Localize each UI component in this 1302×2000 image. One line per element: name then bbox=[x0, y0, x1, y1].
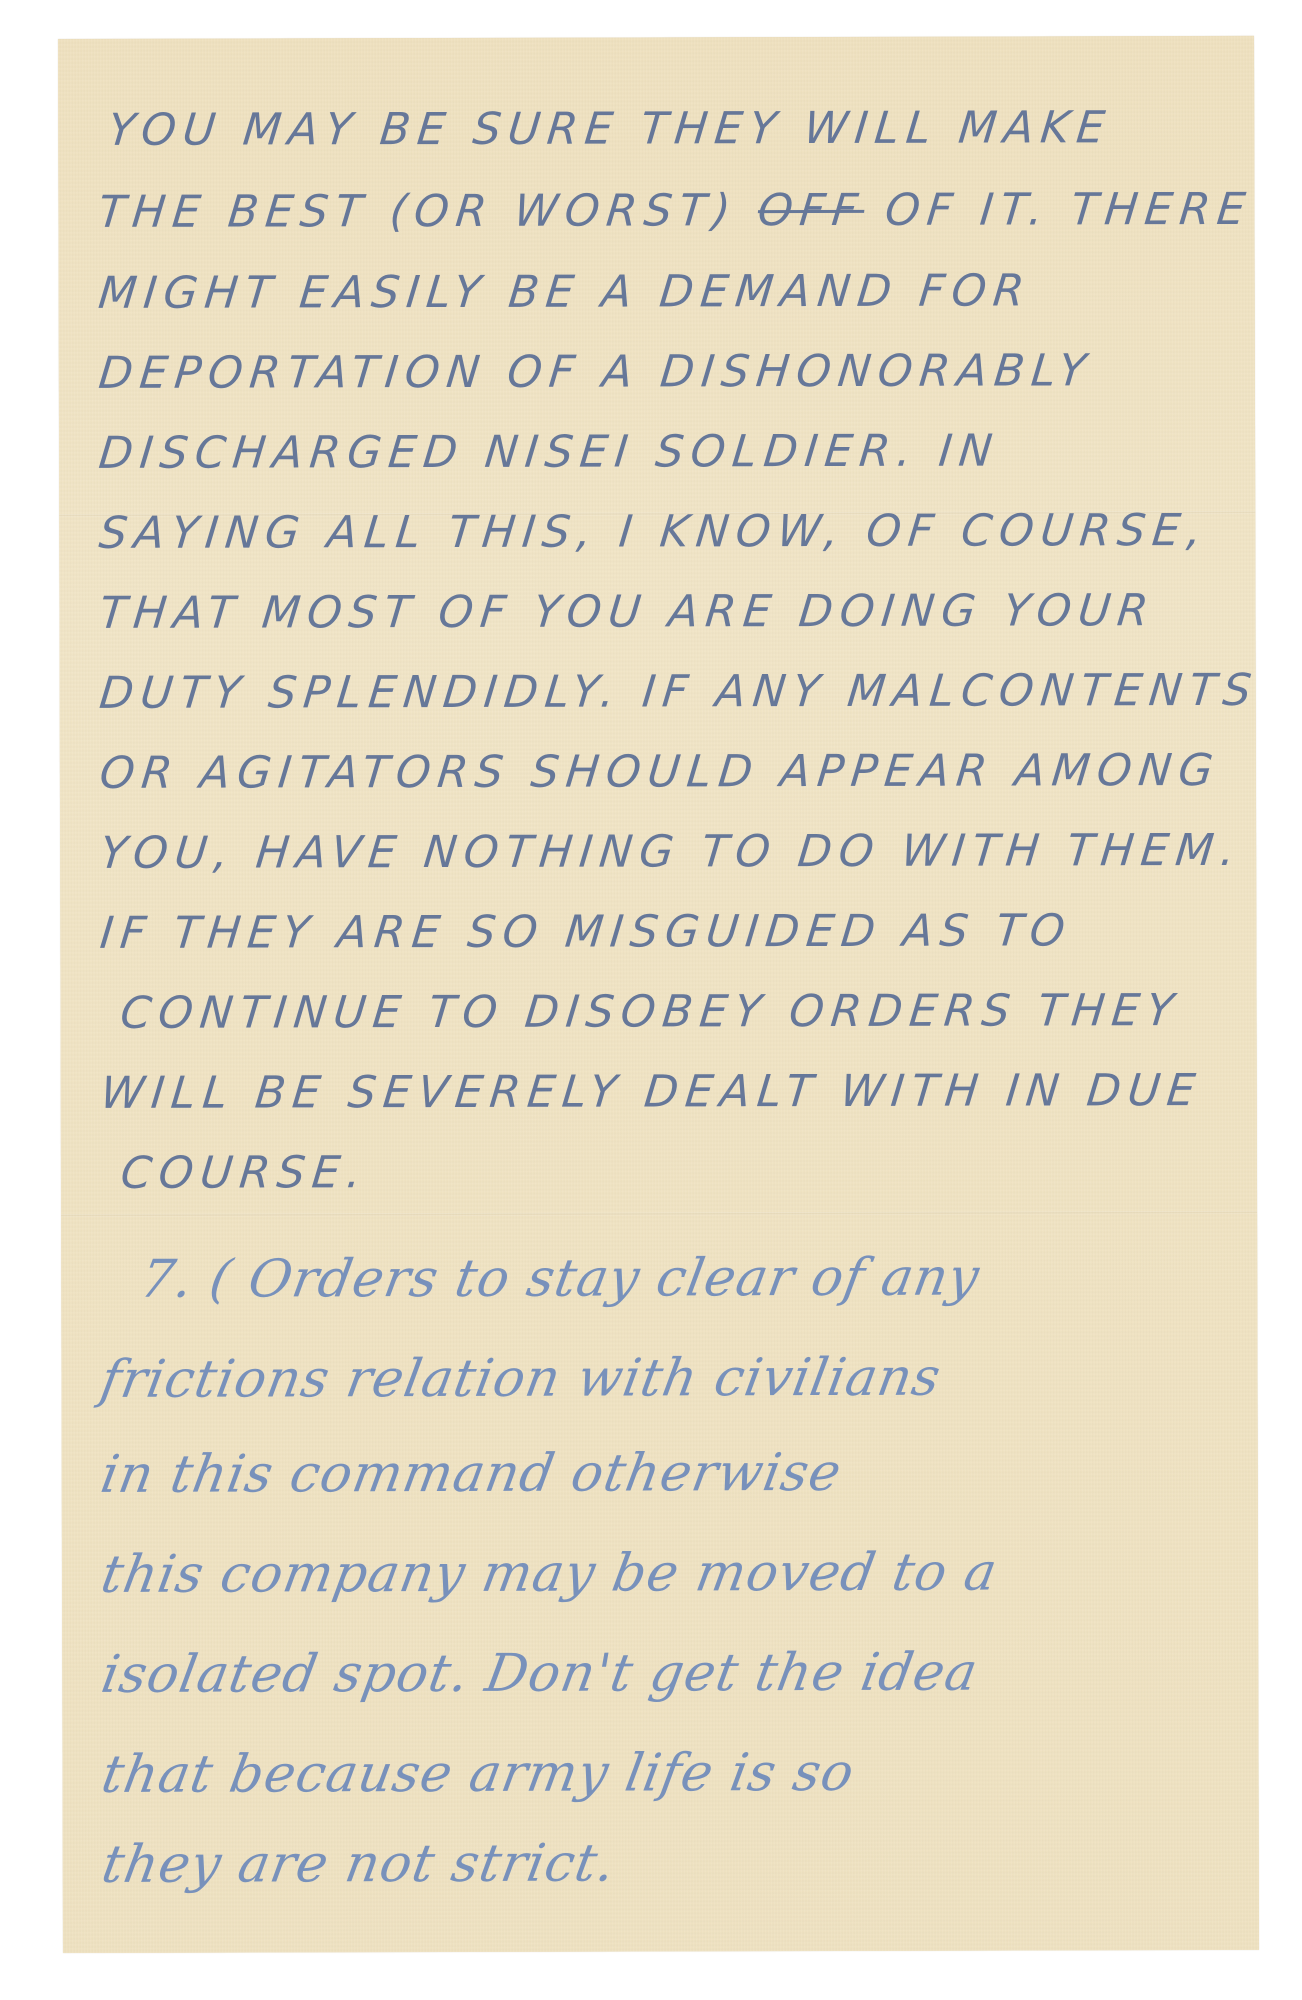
printed-line-3: MIGHT EASILY BE A DEMAND FOR bbox=[96, 269, 1033, 315]
printed-line-4: DEPORTATION OF A DISHONORABLY bbox=[97, 349, 1095, 396]
printed-line-13: WILL BE SEVERELY DEALT WITH IN DUE bbox=[99, 1069, 1205, 1116]
cursive-line-2: frictions relation with civilians bbox=[97, 1352, 945, 1406]
cursive-line-4: this company may be moved to a bbox=[98, 1547, 1002, 1601]
printed-line-5: DISCHARGED NISEI SOLDIER. IN bbox=[97, 430, 1001, 476]
printed-line-9: OR AGITATORS SHOULD APPEAR AMONG bbox=[98, 749, 1222, 796]
cursive-line-7: they are not strict. bbox=[98, 1838, 619, 1891]
printed-text: THE BEST (OR WORST) bbox=[96, 185, 761, 238]
printed-text: OF IT. THERE bbox=[862, 184, 1255, 236]
printed-line-7: THAT MOST OF YOU ARE DOING YOUR bbox=[97, 589, 1157, 636]
printed-line-11: IF THEY ARE SO MISGUIDED AS TO bbox=[98, 909, 1074, 956]
printed-line-10: YOU, HAVE NOTHING TO DO WITH THEM. bbox=[98, 829, 1244, 876]
cursive-line-1: 7. ( Orders to stay clear of any bbox=[137, 1252, 984, 1306]
paper-fold-crease bbox=[61, 1211, 1257, 1217]
printed-line-1: YOU MAY BE SURE THEY WILL MAKE bbox=[106, 106, 1114, 153]
cursive-line-5: isolated spot. Don't get the idea bbox=[98, 1647, 982, 1701]
cursive-line-3: in this command otherwise bbox=[97, 1447, 845, 1501]
printed-line-14: COURSE. bbox=[119, 1151, 370, 1196]
cursive-line-6: that because army life is so bbox=[98, 1747, 858, 1801]
printed-line-6: SAYING ALL THIS, I KNOW, OF COURSE, bbox=[97, 509, 1210, 556]
printed-line-8: DUTY SPLENDIDLY. IF ANY MALCONTENTS bbox=[97, 669, 1260, 716]
letter-page: YOU MAY BE SURE THEY WILL MAKE THE BEST … bbox=[58, 36, 1259, 1953]
printed-line-2: THE BEST (OR WORST) OFF OF IT. THERE bbox=[96, 188, 1254, 235]
struck-out-word: OFF bbox=[755, 185, 866, 236]
printed-line-12: CONTINUE TO DISOBEY ORDERS THEY bbox=[118, 989, 1182, 1036]
